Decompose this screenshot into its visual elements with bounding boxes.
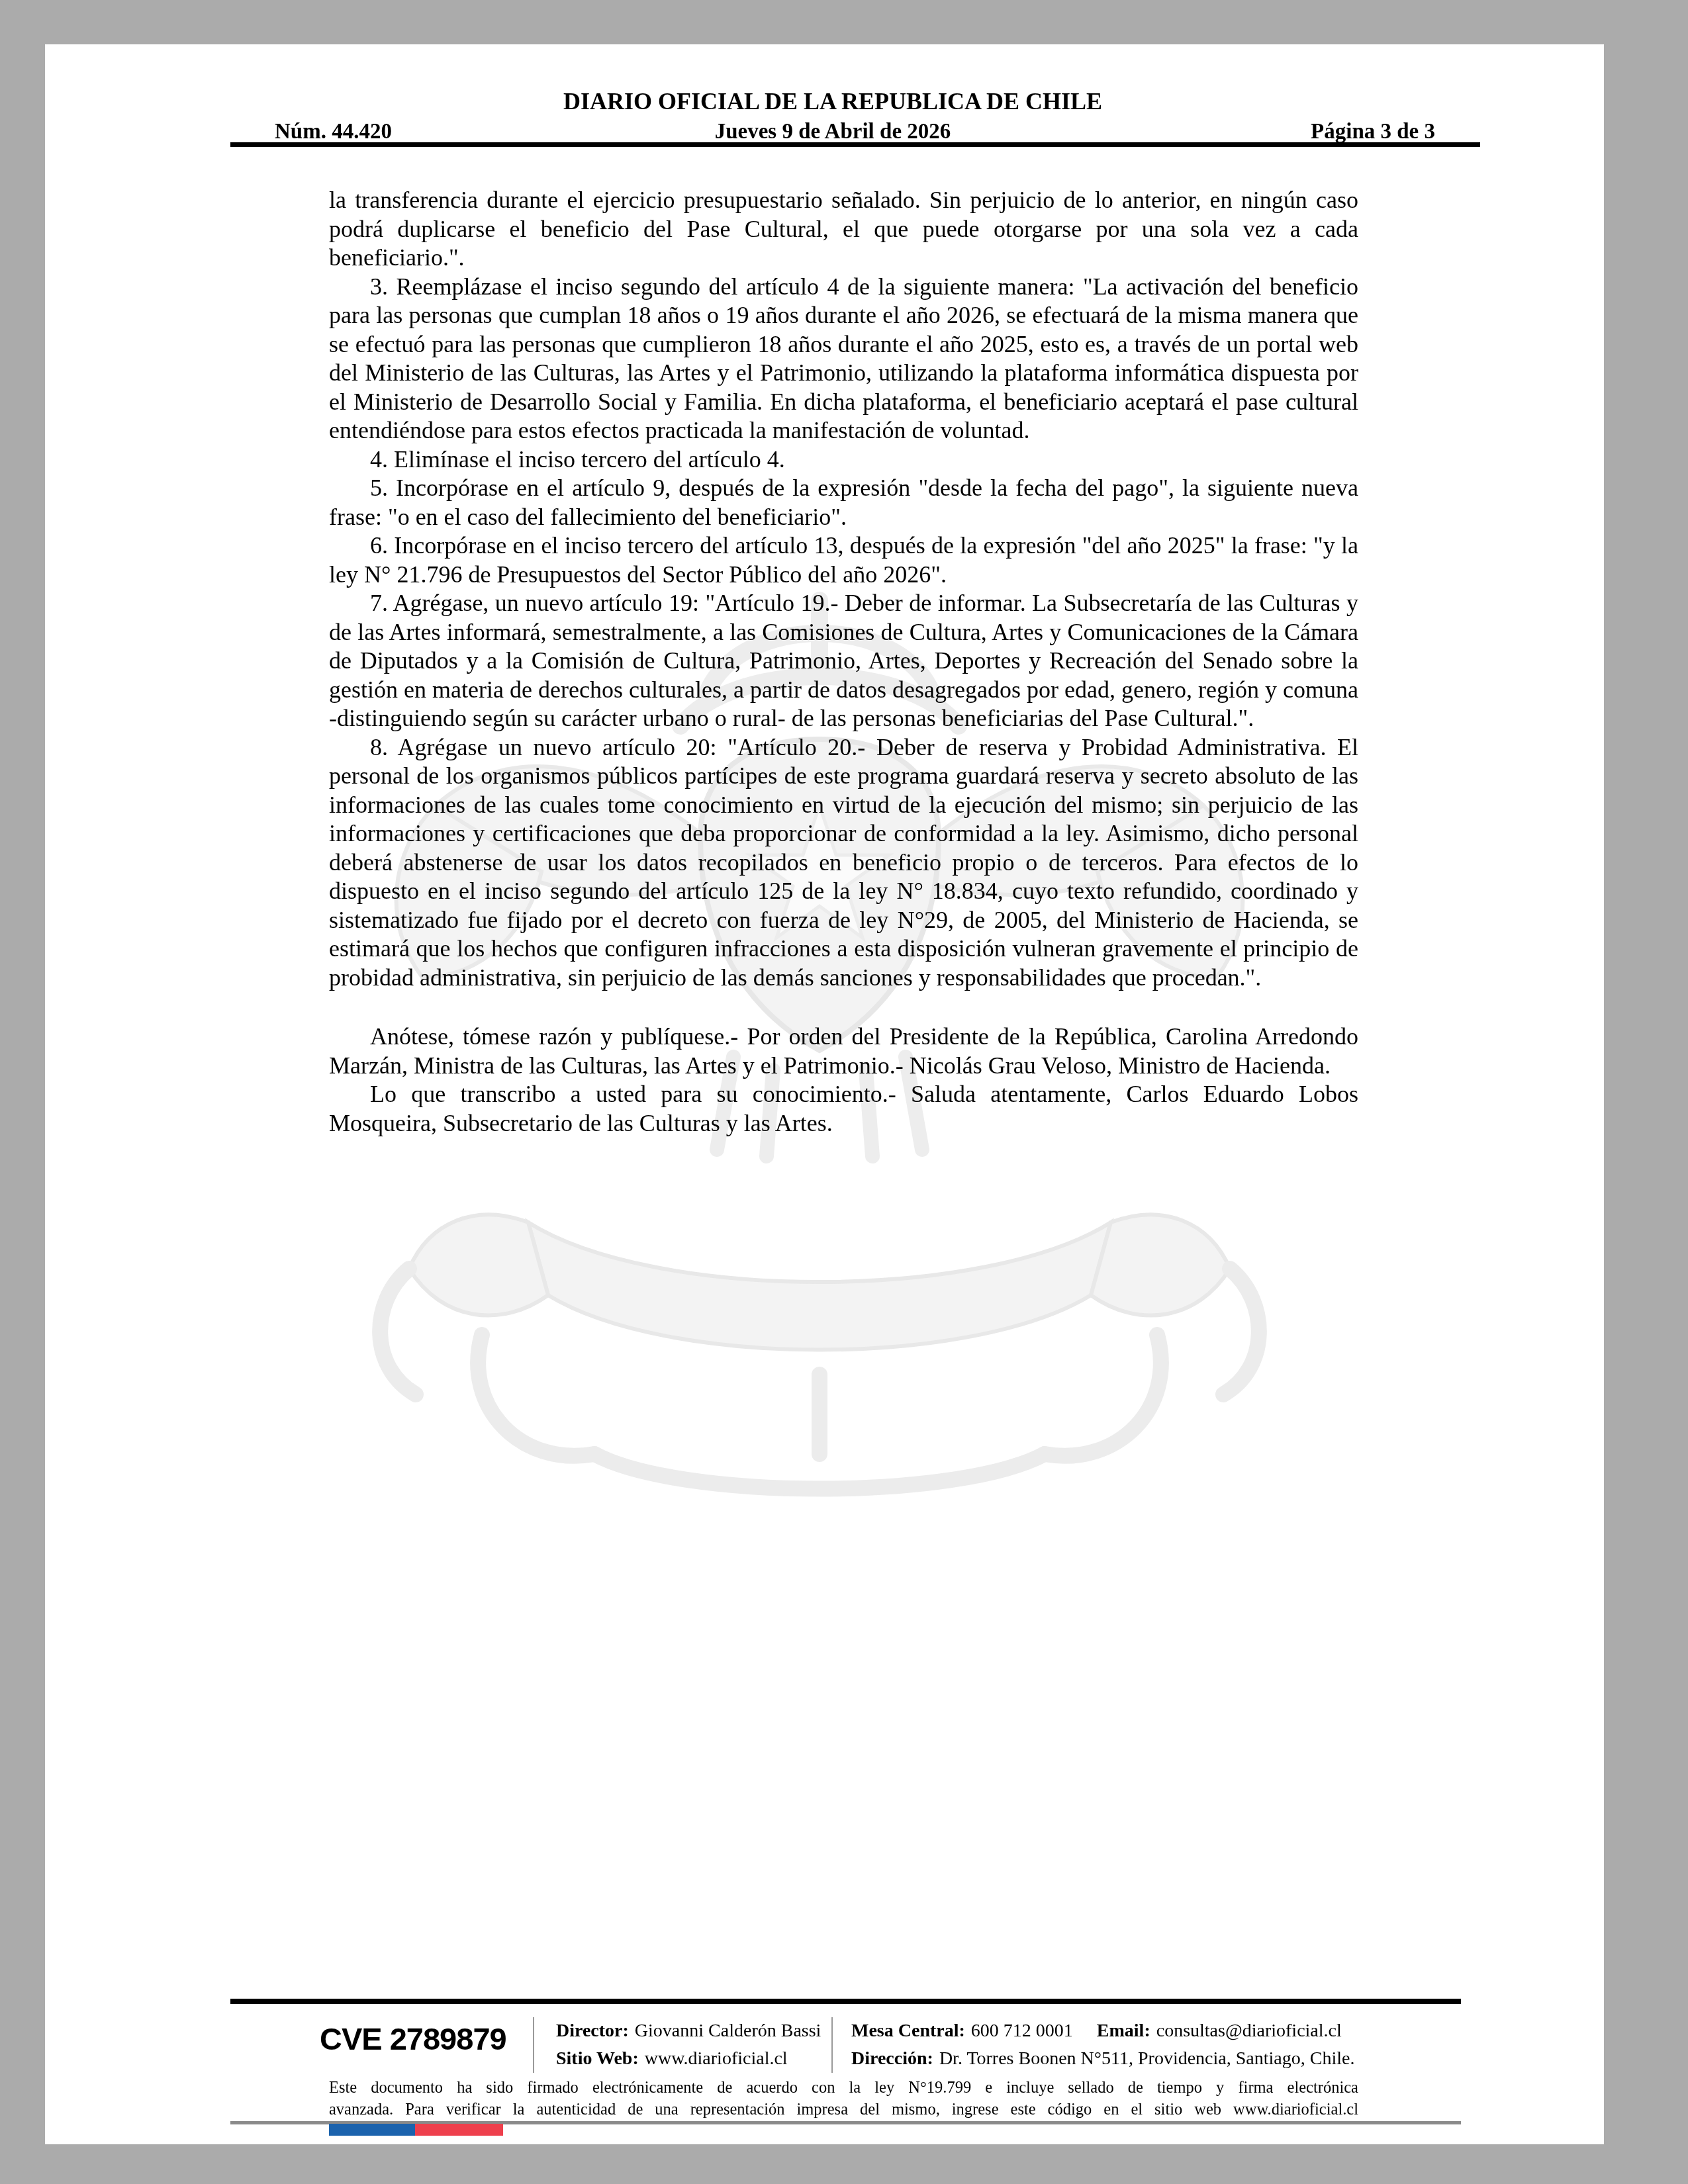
website-value: www.diarioficial.cl [645, 2048, 788, 2069]
viewer-background: DIARIO OFICIAL DE LA REPUBLICA DE CHILE … [0, 0, 1688, 2184]
footer-top-rule [230, 1999, 1461, 2004]
transcription-paragraph: Lo que transcribo a usted para su conoci… [329, 1080, 1358, 1138]
director-name: Giovanni Calderón Bassi [635, 2021, 821, 2041]
header-rule [230, 142, 1480, 147]
director-block: Director:Giovanni Calderón Bassi Sitio W… [556, 2017, 827, 2073]
paragraph: 8. Agrégase un nuevo artículo 20: "Artíc… [329, 733, 1358, 993]
header-row: Núm. 44.420 Jueves 9 de Abril de 2026 Pá… [230, 118, 1435, 145]
paragraph: 7. Agrégase, un nuevo artículo 19: "Artí… [329, 589, 1358, 733]
phone-value: 600 712 0001 [971, 2021, 1073, 2041]
closing-block: Anótese, tómese razón y publíquese.- Por… [329, 1023, 1358, 1138]
website-label: Sitio Web: [556, 2048, 639, 2069]
email-value: consultas@diarioficial.cl [1156, 2021, 1342, 2041]
website-row: Sitio Web:www.diarioficial.cl [556, 2045, 827, 2073]
flag-blue-segment [329, 2124, 415, 2136]
signature-paragraph: Anótese, tómese razón y publíquese.- Por… [329, 1023, 1358, 1080]
footer-divider [831, 2017, 833, 2073]
disclaimer-line: Este documento ha sido firmado electróni… [329, 2077, 1358, 2099]
legal-disclaimer: Este documento ha sido firmado electróni… [329, 2077, 1358, 2120]
publication-date: Jueves 9 de Abril de 2026 [230, 118, 1435, 145]
page-title: DIARIO OFICIAL DE LA REPUBLICA DE CHILE [230, 88, 1435, 114]
document-page: DIARIO OFICIAL DE LA REPUBLICA DE CHILE … [45, 44, 1604, 2144]
director-row: Director:Giovanni Calderón Bassi [556, 2017, 827, 2045]
footer-divider [533, 2017, 534, 2073]
disclaimer-line: avanzada. Para verificar la autenticidad… [329, 2099, 1358, 2120]
body-text: la transferencia durante el ejercicio pr… [329, 186, 1358, 1138]
paragraph: 6. Incorpórase en el inciso tercero del … [329, 531, 1358, 589]
cve-code: CVE 2789879 [320, 2022, 512, 2056]
phone-email-row: Mesa Central:600 712 0001Email:consultas… [851, 2017, 1447, 2045]
address-label: Dirección: [851, 2048, 933, 2069]
director-label: Director: [556, 2021, 629, 2041]
contact-block: Mesa Central:600 712 0001Email:consultas… [851, 2017, 1447, 2073]
address-value: Dr. Torres Boonen N°511, Providencia, Sa… [939, 2048, 1354, 2069]
flag-red-segment [415, 2124, 503, 2136]
paragraph: 4. Elimínase el inciso tercero del artíc… [329, 445, 1358, 475]
phone-label: Mesa Central: [851, 2021, 965, 2041]
chile-flag-bar [329, 2124, 503, 2136]
email-label: Email: [1097, 2021, 1150, 2041]
paragraph: 5. Incorpórase en el artículo 9, después… [329, 474, 1358, 531]
paragraph: la transferencia durante el ejercicio pr… [329, 186, 1358, 273]
page-indicator: Página 3 de 3 [1311, 118, 1435, 145]
paragraph: 3. Reemplázase el inciso segundo del art… [329, 273, 1358, 445]
address-row: Dirección:Dr. Torres Boonen N°511, Provi… [851, 2045, 1447, 2073]
